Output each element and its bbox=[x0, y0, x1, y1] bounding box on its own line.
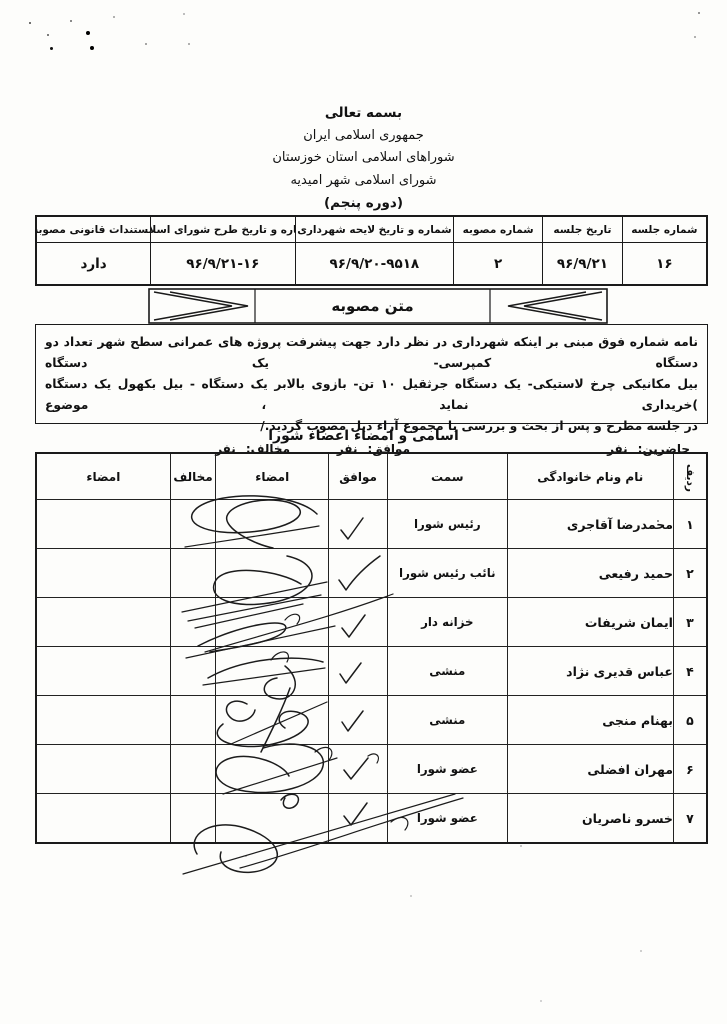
banner-chevron-right-icon bbox=[508, 292, 602, 320]
member-number: ۳ bbox=[673, 598, 707, 647]
header-oppose: مخالف bbox=[170, 453, 216, 500]
signature-cell-2 bbox=[36, 696, 170, 745]
member-row: ۷ خسرو ناصریان عضو شورا bbox=[36, 794, 707, 844]
signature-cell-2 bbox=[36, 549, 170, 598]
member-number: ۲ bbox=[673, 549, 707, 598]
scan-speckle bbox=[29, 22, 31, 24]
member-row: ۶ مهران افضلی عضو شورا bbox=[36, 745, 707, 794]
member-number: ۵ bbox=[673, 696, 707, 745]
header-agree: موافق bbox=[329, 453, 388, 500]
scan-speckle bbox=[540, 1000, 542, 1002]
row-number-label: ردیف bbox=[684, 464, 696, 492]
signature-cell bbox=[216, 549, 329, 598]
signature-cell bbox=[216, 794, 329, 844]
scan-speckle bbox=[113, 16, 115, 18]
meta-value: ۱۶ bbox=[623, 243, 706, 284]
member-position: نائب رئیس شورا bbox=[388, 549, 507, 598]
member-row: ۱ محمدرضا آقاجری رئیس شورا bbox=[36, 500, 707, 549]
signature-cell-2 bbox=[36, 500, 170, 549]
scan-speckle bbox=[188, 43, 190, 45]
member-name: بهنام منجی bbox=[507, 696, 673, 745]
meta-header: تاریخ جلسه bbox=[543, 217, 622, 243]
agree-cell bbox=[329, 745, 388, 794]
scan-speckle bbox=[410, 895, 412, 897]
resolution-body-box: نامه شماره فوق مبنی بر اینکه شهرداری در … bbox=[35, 324, 708, 424]
scan-speckle bbox=[183, 13, 185, 15]
meta-header: شماره جلسه bbox=[623, 217, 706, 243]
header-row-number: ردیف bbox=[673, 453, 707, 500]
meta-col-session-number: شماره جلسه ۱۶ bbox=[622, 217, 706, 284]
scan-speckle bbox=[694, 36, 696, 38]
signature-cell-2 bbox=[36, 794, 170, 844]
meta-value: ۹۶/۹/۲۱ bbox=[543, 243, 622, 284]
scan-speckle bbox=[698, 12, 700, 14]
meta-col-bill-number-date: شماره و تاریخ لایحه شهرداری ۹۶/۹/۲۰-۹۵۱۸ bbox=[295, 217, 454, 284]
member-position: عضو شورا bbox=[388, 745, 507, 794]
signature-cell bbox=[216, 598, 329, 647]
meta-header: شماره و تاریخ طرح شورای اسلامی bbox=[151, 217, 295, 243]
meta-col-resolution-number: شماره مصوبه ۲ bbox=[453, 217, 542, 284]
member-row: ۵ بهنام منجی منشی bbox=[36, 696, 707, 745]
meta-col-session-date: تاریخ جلسه ۹۶/۹/۲۱ bbox=[542, 217, 622, 284]
signature-cell bbox=[216, 745, 329, 794]
scan-speckle bbox=[47, 34, 49, 36]
member-position: خزانه دار bbox=[388, 598, 507, 647]
member-name: عباس قدیری نژاد bbox=[507, 647, 673, 696]
bismillah-line: بسمه تعالی bbox=[0, 102, 727, 125]
agree-cell bbox=[329, 647, 388, 696]
member-number: ۶ bbox=[673, 745, 707, 794]
oppose-cell bbox=[170, 598, 216, 647]
scan-speckle bbox=[520, 845, 522, 847]
resolution-line: بیل مکانیکی چرخ لاستیکی- یک دستگاه جرثقی… bbox=[45, 374, 698, 416]
member-name: مهران افضلی bbox=[507, 745, 673, 794]
member-position: منشی bbox=[388, 647, 507, 696]
meta-value: ۹۶/۹/۲۰-۹۵۱۸ bbox=[296, 243, 454, 284]
meta-value: دارد bbox=[37, 243, 150, 284]
oppose-cell bbox=[170, 696, 216, 745]
signature-cell bbox=[216, 696, 329, 745]
scan-speckle bbox=[145, 43, 147, 45]
signature-cell-2 bbox=[36, 745, 170, 794]
member-position: منشی bbox=[388, 696, 507, 745]
meta-value: ۲ bbox=[454, 243, 542, 284]
member-number: ۷ bbox=[673, 794, 707, 844]
agree-cell bbox=[329, 696, 388, 745]
signature-cell bbox=[216, 647, 329, 696]
header-full-name: نام ونام خانوادگی bbox=[507, 453, 673, 500]
signatures-header-row: ردیف نام ونام خانوادگی سمت موافق امضاء م… bbox=[36, 453, 707, 500]
signature-cell bbox=[216, 500, 329, 549]
member-row: ۳ ایمان شریفات خزانه دار bbox=[36, 598, 707, 647]
term-line: (دوره پنجم) bbox=[0, 192, 727, 215]
city-council-line: شورای اسلامی شهر امیدیه bbox=[0, 170, 727, 193]
letterhead: بسمه تعالی جمهوری اسلامی ایران شوراهای ا… bbox=[0, 102, 727, 215]
scan-speckle bbox=[50, 47, 53, 50]
scan-speckle bbox=[90, 46, 94, 50]
meta-header: مستندات قانونی مصوبه bbox=[37, 217, 150, 243]
header-signature: امضاء bbox=[216, 453, 329, 500]
member-row: ۲ حمید رفیعی نائب رئیس شورا bbox=[36, 549, 707, 598]
member-name: ایمان شریفات bbox=[507, 598, 673, 647]
agree-cell bbox=[329, 794, 388, 844]
member-name: خسرو ناصریان bbox=[507, 794, 673, 844]
scan-speckle bbox=[70, 20, 72, 22]
banner-title: متن مصوبه bbox=[255, 288, 490, 324]
signatures-table: ردیف نام ونام خانوادگی سمت موافق امضاء م… bbox=[35, 452, 708, 844]
meta-header: شماره مصوبه bbox=[454, 217, 542, 243]
agree-cell bbox=[329, 549, 388, 598]
scanned-document-page: بسمه تعالی جمهوری اسلامی ایران شوراهای ا… bbox=[0, 0, 727, 1024]
oppose-cell bbox=[170, 745, 216, 794]
member-row: ۴ عباس قدیری نژاد منشی bbox=[36, 647, 707, 696]
scan-speckle bbox=[245, 855, 247, 857]
country-line: جمهوری اسلامی ایران bbox=[0, 125, 727, 148]
banner-chevron-left-icon bbox=[154, 292, 248, 320]
oppose-cell bbox=[170, 549, 216, 598]
province-councils-line: شوراهای اسلامی استان خوزستان bbox=[0, 147, 727, 170]
resolution-meta-table: شماره جلسه ۱۶ تاریخ جلسه ۹۶/۹/۲۱ شماره م… bbox=[35, 215, 708, 286]
resolution-line: نامه شماره فوق مبنی بر اینکه شهرداری در … bbox=[45, 332, 698, 374]
signature-cell-2 bbox=[36, 598, 170, 647]
meta-value: ۹۶/۹/۲۱-۱۶ bbox=[151, 243, 295, 284]
header-signature-2: امضاء bbox=[36, 453, 170, 500]
signature-cell-2 bbox=[36, 647, 170, 696]
header-position: سمت bbox=[388, 453, 507, 500]
oppose-cell bbox=[170, 794, 216, 844]
signatures-section-title: اسامی و امضاء اعضاء شورا bbox=[0, 428, 727, 444]
scan-speckle bbox=[640, 950, 642, 952]
member-name: حمید رفیعی bbox=[507, 549, 673, 598]
member-position: رئیس شورا bbox=[388, 500, 507, 549]
member-position: عضو شورا bbox=[388, 794, 507, 844]
oppose-cell bbox=[170, 500, 216, 549]
agree-cell bbox=[329, 598, 388, 647]
member-name: محمدرضا آقاجری bbox=[507, 500, 673, 549]
resolution-text-banner: متن مصوبه bbox=[148, 288, 608, 324]
agree-cell bbox=[329, 500, 388, 549]
meta-header: شماره و تاریخ لایحه شهرداری bbox=[296, 217, 454, 243]
meta-col-legal-documentation: مستندات قانونی مصوبه دارد bbox=[37, 217, 150, 284]
meta-col-council-plan-number-date: شماره و تاریخ طرح شورای اسلامی ۹۶/۹/۲۱-۱… bbox=[150, 217, 295, 284]
scan-speckle bbox=[86, 31, 90, 35]
oppose-cell bbox=[170, 647, 216, 696]
member-number: ۴ bbox=[673, 647, 707, 696]
member-number: ۱ bbox=[673, 500, 707, 549]
